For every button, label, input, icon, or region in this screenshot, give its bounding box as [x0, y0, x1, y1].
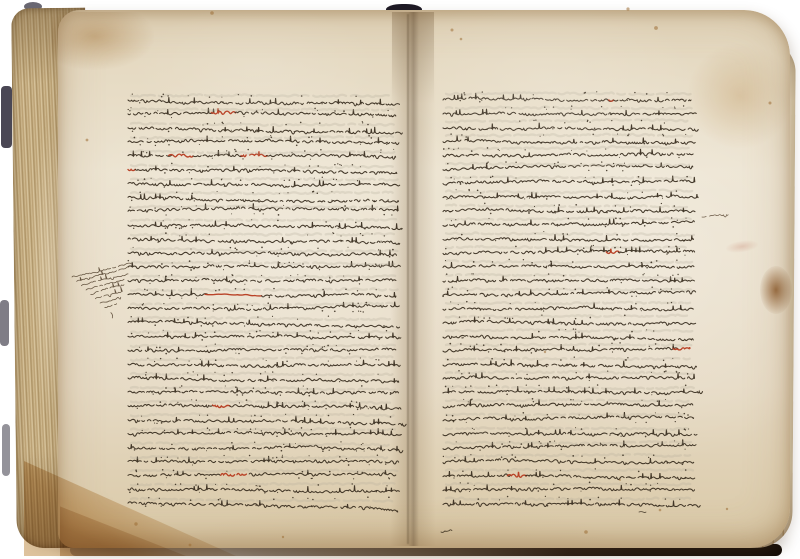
marginal-gloss-triangle: [71, 259, 143, 326]
manuscript-photo: [0, 0, 800, 559]
handwritten-ink-layer: [0, 0, 800, 559]
marginal-note: [702, 213, 731, 219]
scribal-mark: [639, 512, 646, 513]
catchword: [441, 530, 452, 533]
